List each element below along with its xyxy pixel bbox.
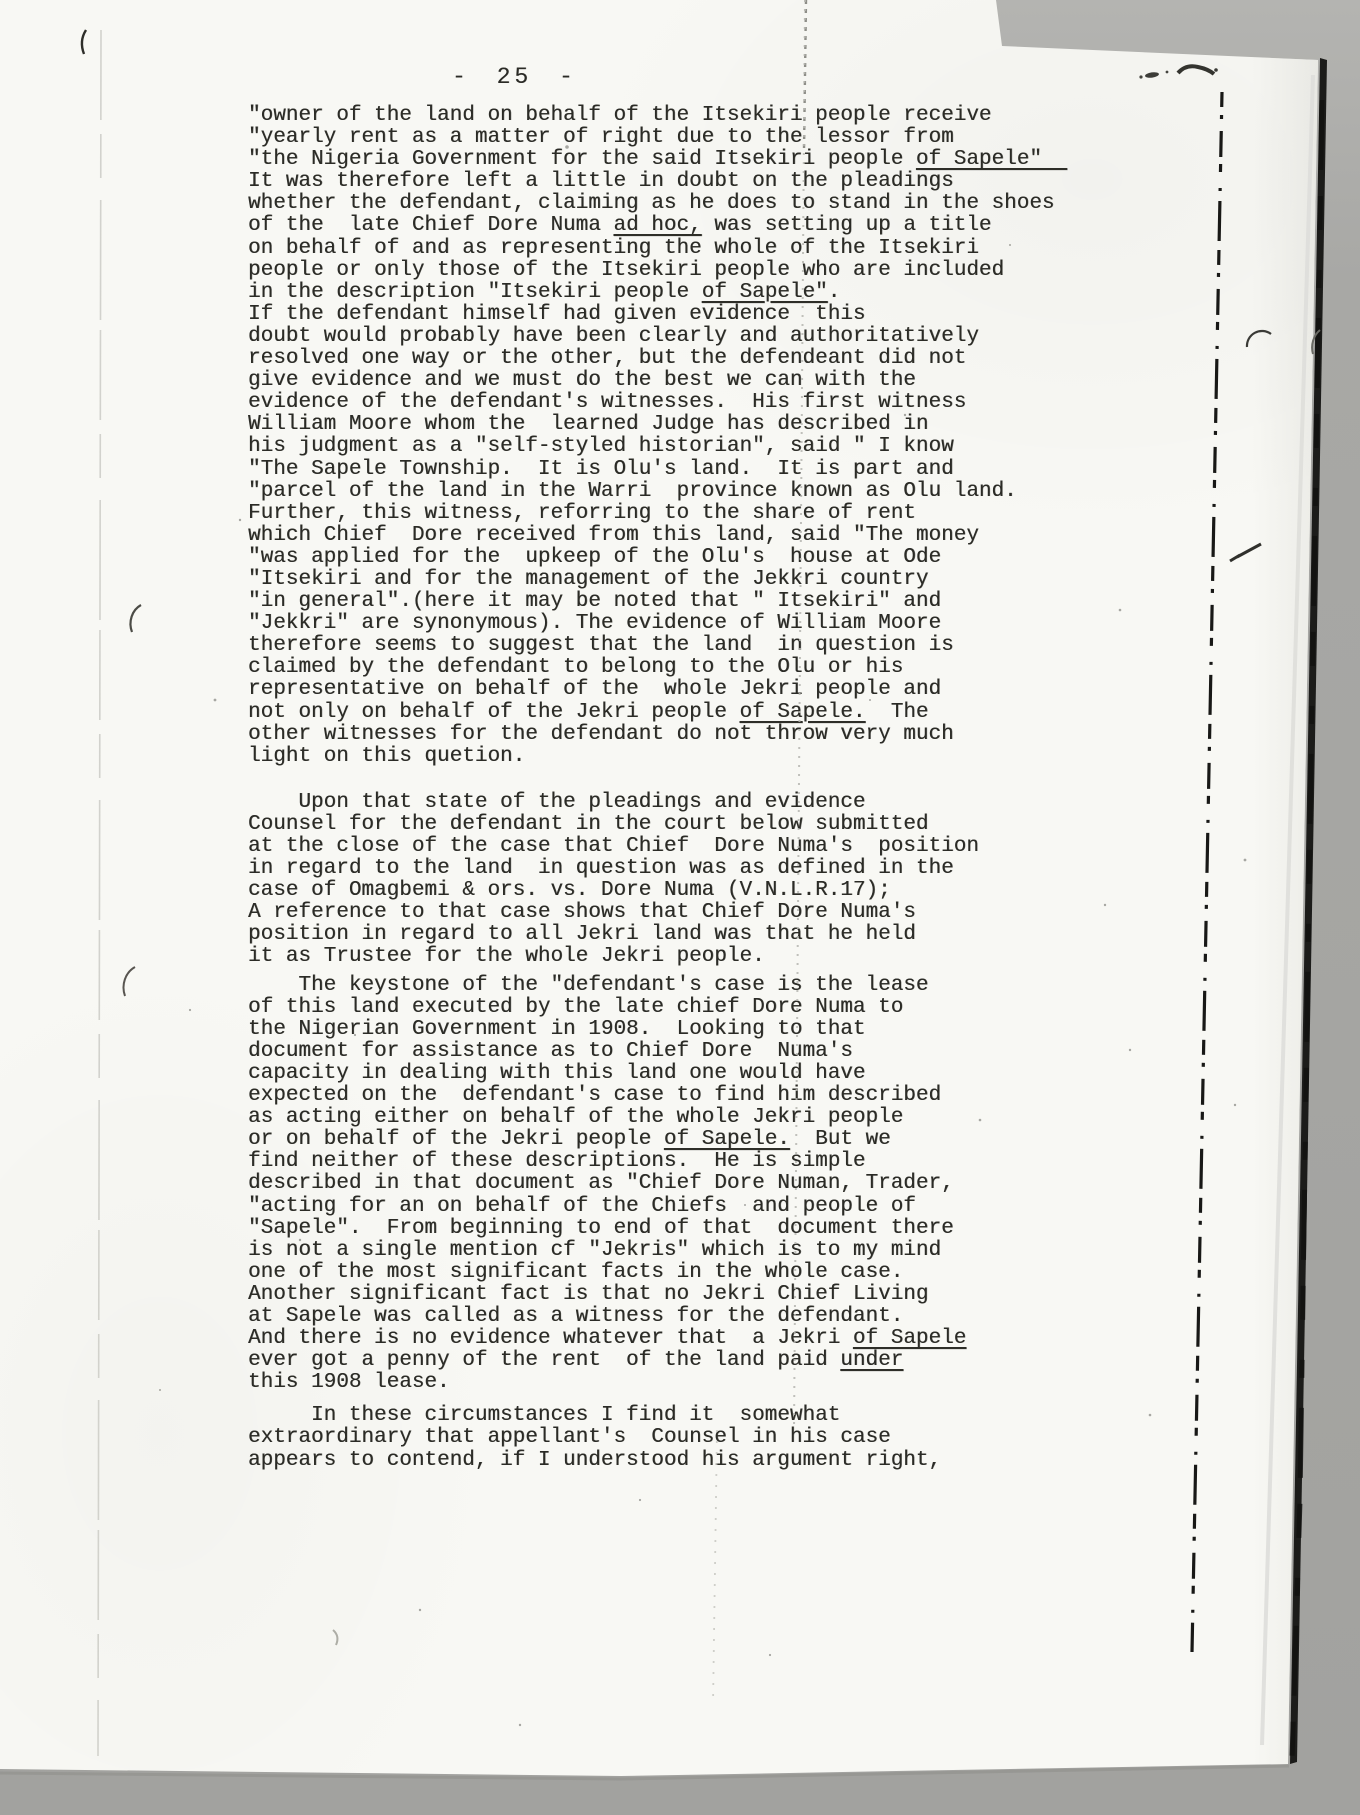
document-line: representative on behalf of the whole Je… xyxy=(248,679,1067,701)
document-line: or on behalf of the Jekri people of Sape… xyxy=(248,1129,1067,1151)
document-line: "parcel of the land in the Warri provinc… xyxy=(248,481,1067,503)
document-line: light on this quetion. xyxy=(248,746,1067,768)
document-line: A reference to that case shows that Chie… xyxy=(248,902,1067,924)
paragraph: In these circumstances I find it somewha… xyxy=(248,1405,1067,1471)
document-line: "Jekkri" are synonymous). The evidence o… xyxy=(248,613,1067,635)
document-line: at the close of the case that Chief Dore… xyxy=(248,836,1067,858)
document-line: not only on behalf of the Jekri people o… xyxy=(248,702,1067,724)
document-line: case of Omagbemi & ors. vs. Dore Numa (V… xyxy=(248,880,1067,902)
document-line: position in regard to all Jekri land was… xyxy=(248,924,1067,946)
document-line: "Sapele". From beginning to end of that … xyxy=(248,1218,1067,1240)
document-line: capacity in dealing with this land one w… xyxy=(248,1063,1067,1085)
document-line: of the late Chief Dore Numa ad hoc, was … xyxy=(248,215,1067,237)
document-line: Counsel for the defendant in the court b… xyxy=(248,814,1067,836)
document-line: at Sapele was called as a witness for th… xyxy=(248,1306,1067,1328)
document-line: on behalf of and as representing the who… xyxy=(248,238,1067,260)
document-line: evidence of the defendant's witnesses. H… xyxy=(248,392,1067,414)
document-line: William Moore whom the learned Judge has… xyxy=(248,414,1067,436)
document-line: "acting for an on behalf of the Chiefs a… xyxy=(248,1196,1067,1218)
document-line: The keystone of the "defendant's case is… xyxy=(248,975,1067,997)
document-line: extraordinary that appellant's Counsel i… xyxy=(248,1427,1067,1449)
document-line: it as Trustee for the whole Jekri people… xyxy=(248,946,1067,968)
document-line: therefore seems to suggest that the land… xyxy=(248,635,1067,657)
document-line: document for assistance as to Chief Dore… xyxy=(248,1041,1067,1063)
document-line: appears to contend, if I understood his … xyxy=(248,1450,1067,1472)
document-line: If the defendant himself had given evide… xyxy=(248,304,1067,326)
document-line: "yearly rent as a matter of right due to… xyxy=(248,127,1067,149)
document-line: is not a single mention cf "Jekris" whic… xyxy=(248,1240,1067,1262)
document-line: find neither of these descriptions. He i… xyxy=(248,1151,1067,1173)
document-line: Further, this witness, reforring to the … xyxy=(248,503,1067,525)
document-line: "Itsekiri and for the management of the … xyxy=(248,569,1067,591)
document-line: this 1908 lease. xyxy=(248,1372,1067,1394)
document-line: expected on the defendant's case to find… xyxy=(248,1085,1067,1107)
document-line: which Chief Dore received from this land… xyxy=(248,525,1067,547)
document-line: his judgment as a "self-styled historian… xyxy=(248,436,1067,458)
paragraph: Upon that state of the pleadings and evi… xyxy=(248,792,1067,969)
document-line: the Nigerian Government in 1908. Looking… xyxy=(248,1019,1067,1041)
document-line: "owner of the land on behalf of the Itse… xyxy=(248,105,1067,127)
document-line: give evidence and we must do the best we… xyxy=(248,370,1067,392)
document-line: one of the most significant facts in the… xyxy=(248,1262,1067,1284)
margin-paren-right xyxy=(1312,330,1320,354)
document-line: as acting either on behalf of the whole … xyxy=(248,1107,1067,1129)
document-line: Upon that state of the pleadings and evi… xyxy=(248,792,1067,814)
document-line: whether the defendant, claiming as he do… xyxy=(248,193,1067,215)
document-line: "in general".(here it may be noted that … xyxy=(248,591,1067,613)
document-line: described in that document as "Chief Dor… xyxy=(248,1173,1067,1195)
document-line: in regard to the land in question was as… xyxy=(248,858,1067,880)
document-line: doubt would probably have been clearly a… xyxy=(248,326,1067,348)
document-line: "The Sapele Township. It is Olu's land. … xyxy=(248,459,1067,481)
document-line: It was therefore left a little in doubt … xyxy=(248,171,1067,193)
document-line: resolved one way or the other, but the d… xyxy=(248,348,1067,370)
paragraph: The keystone of the "defendant's case is… xyxy=(248,975,1067,1395)
page-number: - 25 - xyxy=(452,64,577,90)
document-line: people or only those of the Itsekiri peo… xyxy=(248,260,1067,282)
paragraph: "owner of the land on behalf of the Itse… xyxy=(248,105,1067,768)
document-line: claimed by the defendant to belong to th… xyxy=(248,657,1067,679)
document-body: "owner of the land on behalf of the Itse… xyxy=(248,105,1067,1472)
document-line: Another significant fact is that no Jekr… xyxy=(248,1284,1067,1306)
scanned-document-page: { "page": { "number_label": "- 25 -" }, … xyxy=(0,0,1360,1815)
document-line: of this land executed by the late chief … xyxy=(248,997,1067,1019)
document-line: "the Nigeria Government for the said Its… xyxy=(248,149,1067,171)
document-line: And there is no evidence whatever that a… xyxy=(248,1328,1067,1350)
document-line: other witnesses for the defendant do not… xyxy=(248,724,1067,746)
document-line: ever got a penny of the rent of the land… xyxy=(248,1350,1067,1372)
document-line: in the description "Itsekiri people of S… xyxy=(248,282,1067,304)
document-line: In these circumstances I find it somewha… xyxy=(248,1405,1067,1427)
document-line: "was applied for the upkeep of the Olu's… xyxy=(248,547,1067,569)
